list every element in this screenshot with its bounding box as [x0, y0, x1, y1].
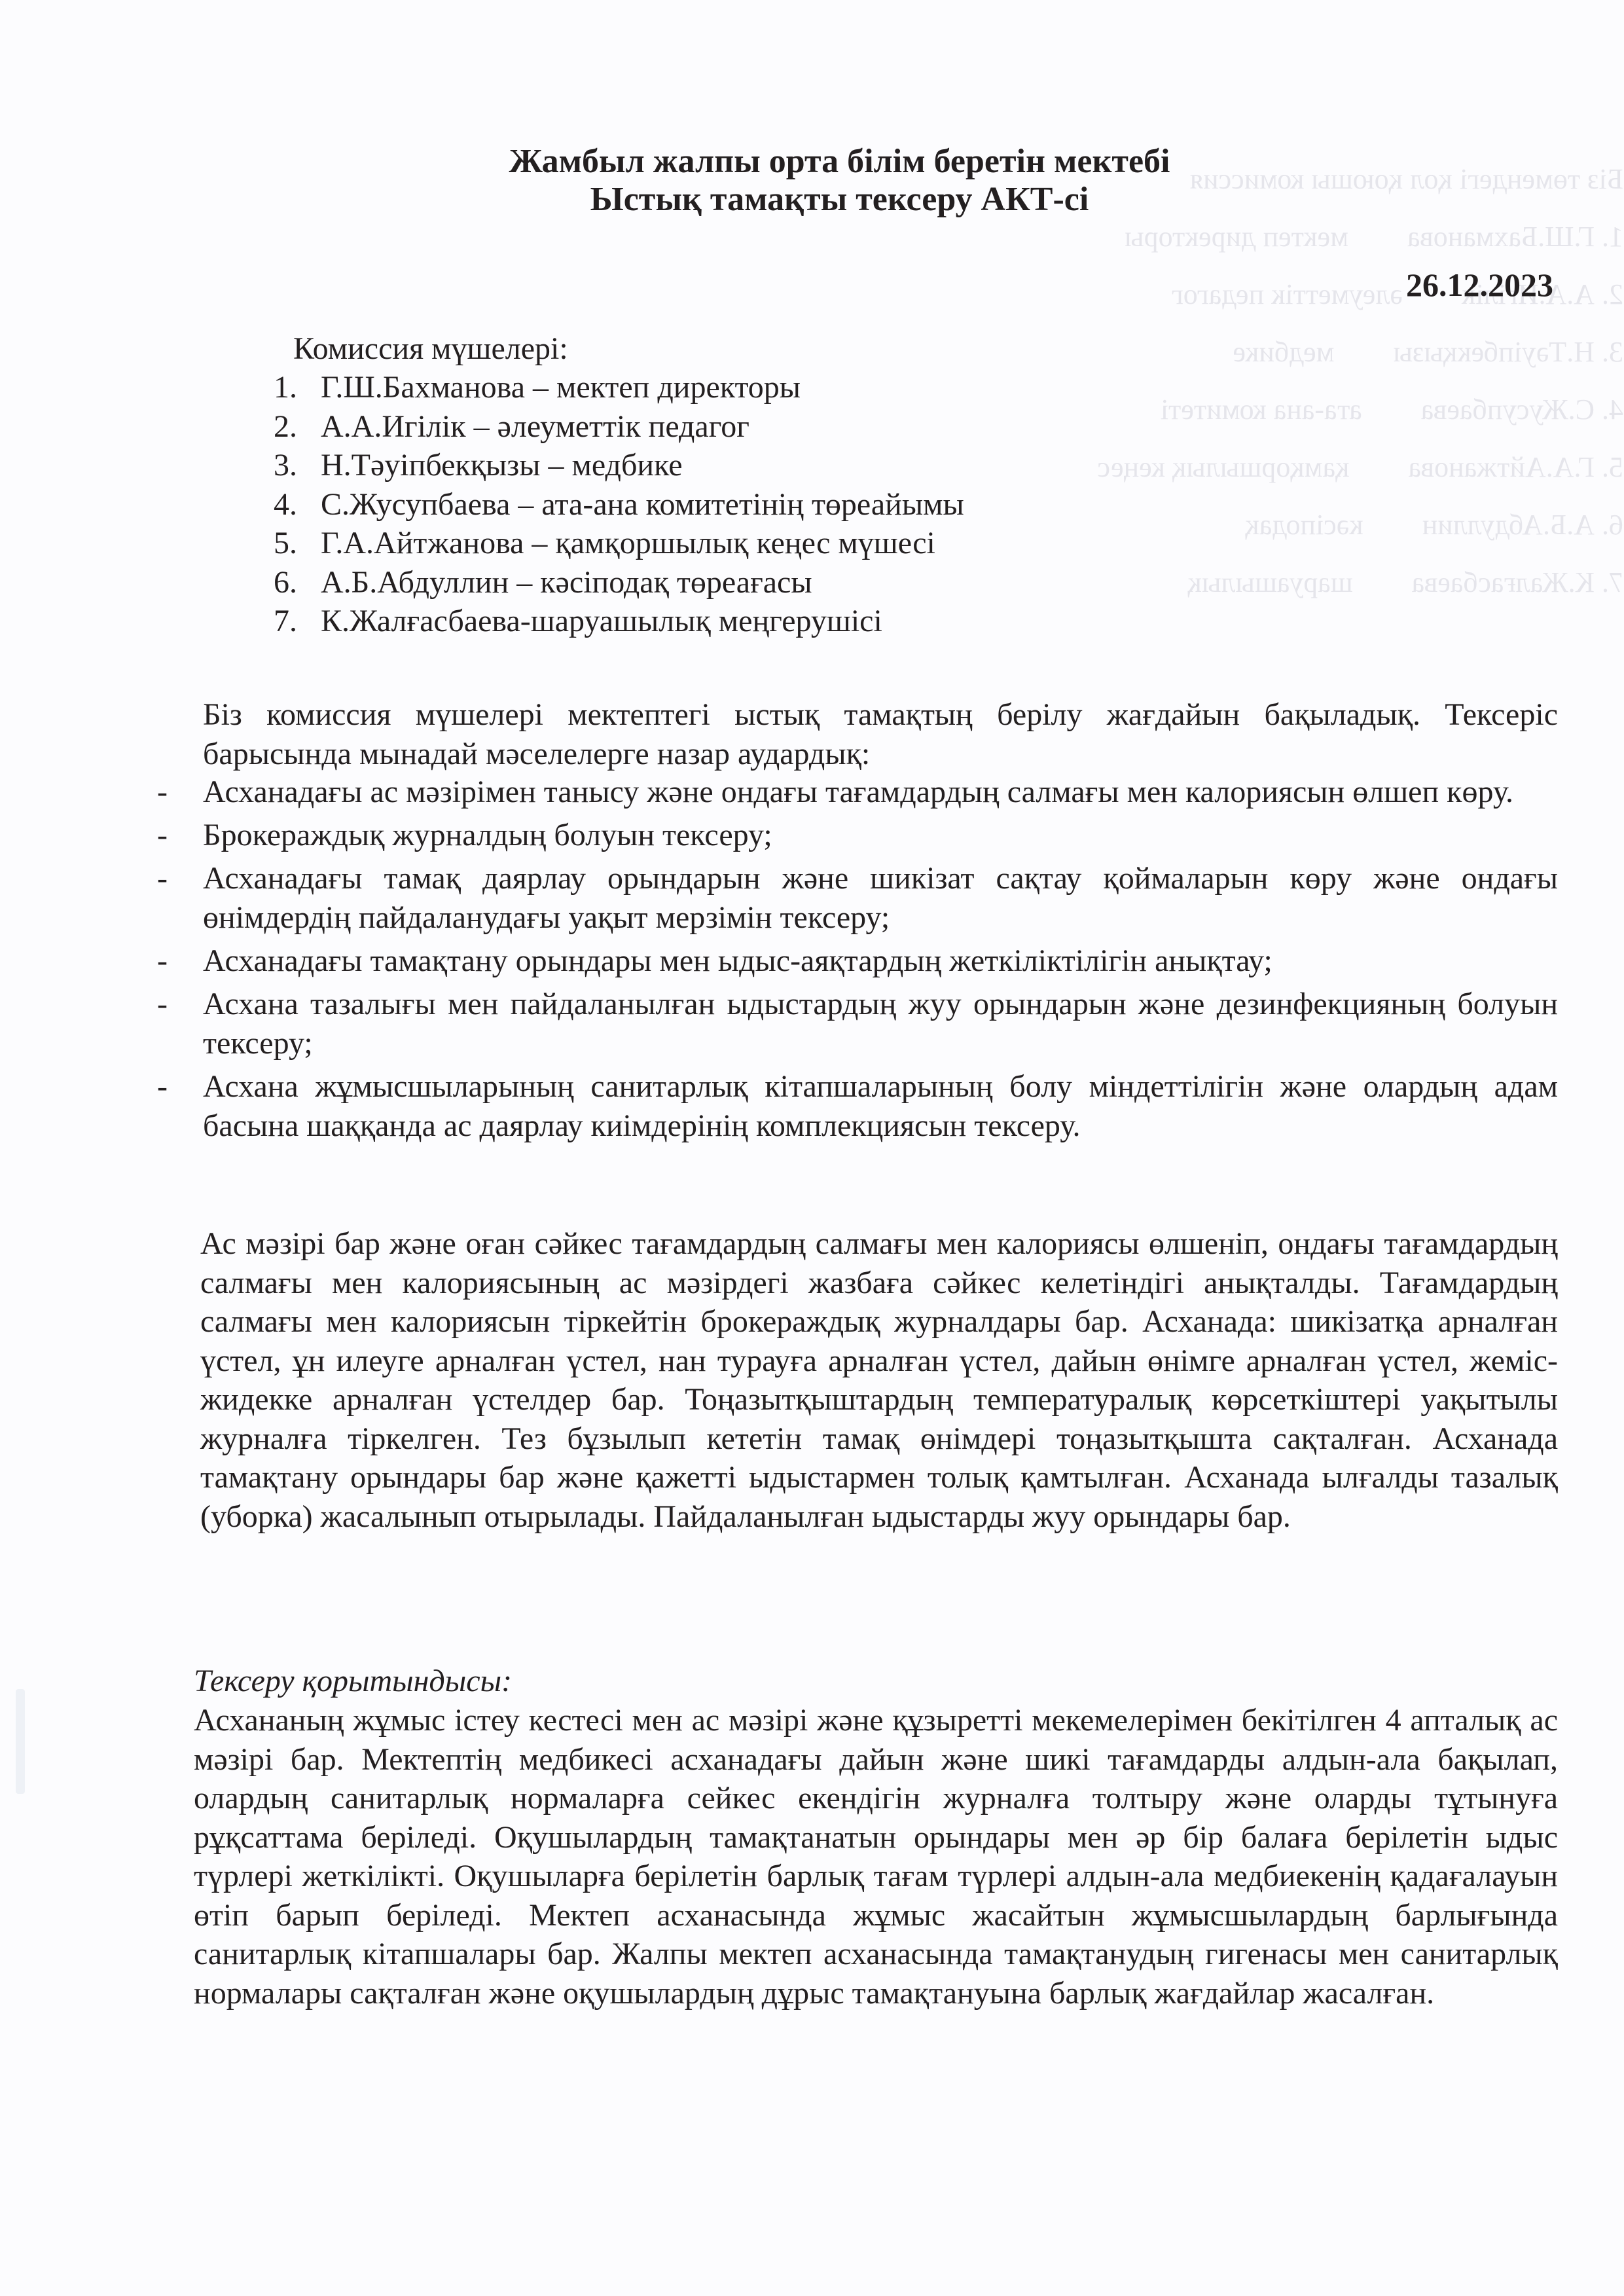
commission-member: 2.А.А.Игілік – әлеуметтік педагог: [274, 407, 964, 446]
commission-member: 3.Н.Тәуіпбекқызы – медбике: [274, 446, 964, 485]
commission-members-list: 1.Г.Ш.Бахманова – мектеп директоры 2.А.А…: [274, 368, 964, 641]
conclusion-paragraph: Асхананың жұмыс істеу кестесі мен ас мәз…: [194, 1701, 1558, 2013]
checklist-item: -Асханадағы тамақтану орындары мен ыдыс-…: [157, 941, 1558, 981]
commission-member: 6.А.Б.Абдуллин – кәсіподақ төреағасы: [274, 563, 964, 602]
checklist-item: -Брокераждық журналдың болуын тексеру;: [157, 816, 1558, 855]
act-title: Ыстық тамақты тексеру АКТ-сі: [27, 181, 1624, 219]
document-date: 26.12.2023: [1406, 266, 1553, 304]
commission-heading: Комиссия мүшелері:: [293, 331, 568, 367]
school-name-title: Жамбыл жалпы орта білім беретін мектебі: [27, 143, 1624, 181]
checklist-item: -Асхана тазалығы мен пайдаланылған ыдыст…: [157, 985, 1558, 1063]
checklist-item: -Асхана жұмысшыларының санитарлық кітапш…: [157, 1067, 1558, 1146]
document-page: Біз төмендегі қол қоюшы комиссия 1. Г.Ш.…: [0, 0, 1624, 2296]
checklist-item: -Асханадағы тамақ даярлау орындарын және…: [157, 859, 1558, 938]
inspection-checklist: -Асханадағы ас мәзірімен танысу және онд…: [157, 773, 1558, 1150]
checklist-item: -Асханадағы ас мәзірімен танысу және онд…: [157, 773, 1558, 812]
commission-member: 5.Г.А.Айтжанова – қамқоршылық кеңес мүше…: [274, 524, 964, 563]
commission-member: 1.Г.Ш.Бахманова – мектеп директоры: [274, 368, 964, 407]
commission-member: 7.К.Жалғасбаева-шаруашылық меңгерушісі: [274, 602, 964, 641]
intro-paragraph: Біз комиссия мүшелері мектептегі ыстық т…: [203, 695, 1558, 774]
commission-member: 4.С.Жусупбаева – ата-ана комитетінің төр…: [274, 485, 964, 524]
conclusion-heading: Тексеру қорытындысы:: [194, 1663, 512, 1699]
findings-paragraph: Ас мәзірі бар және оған сәйкес тағамдард…: [200, 1224, 1558, 1536]
scan-margin-artifact: [16, 1689, 25, 1794]
